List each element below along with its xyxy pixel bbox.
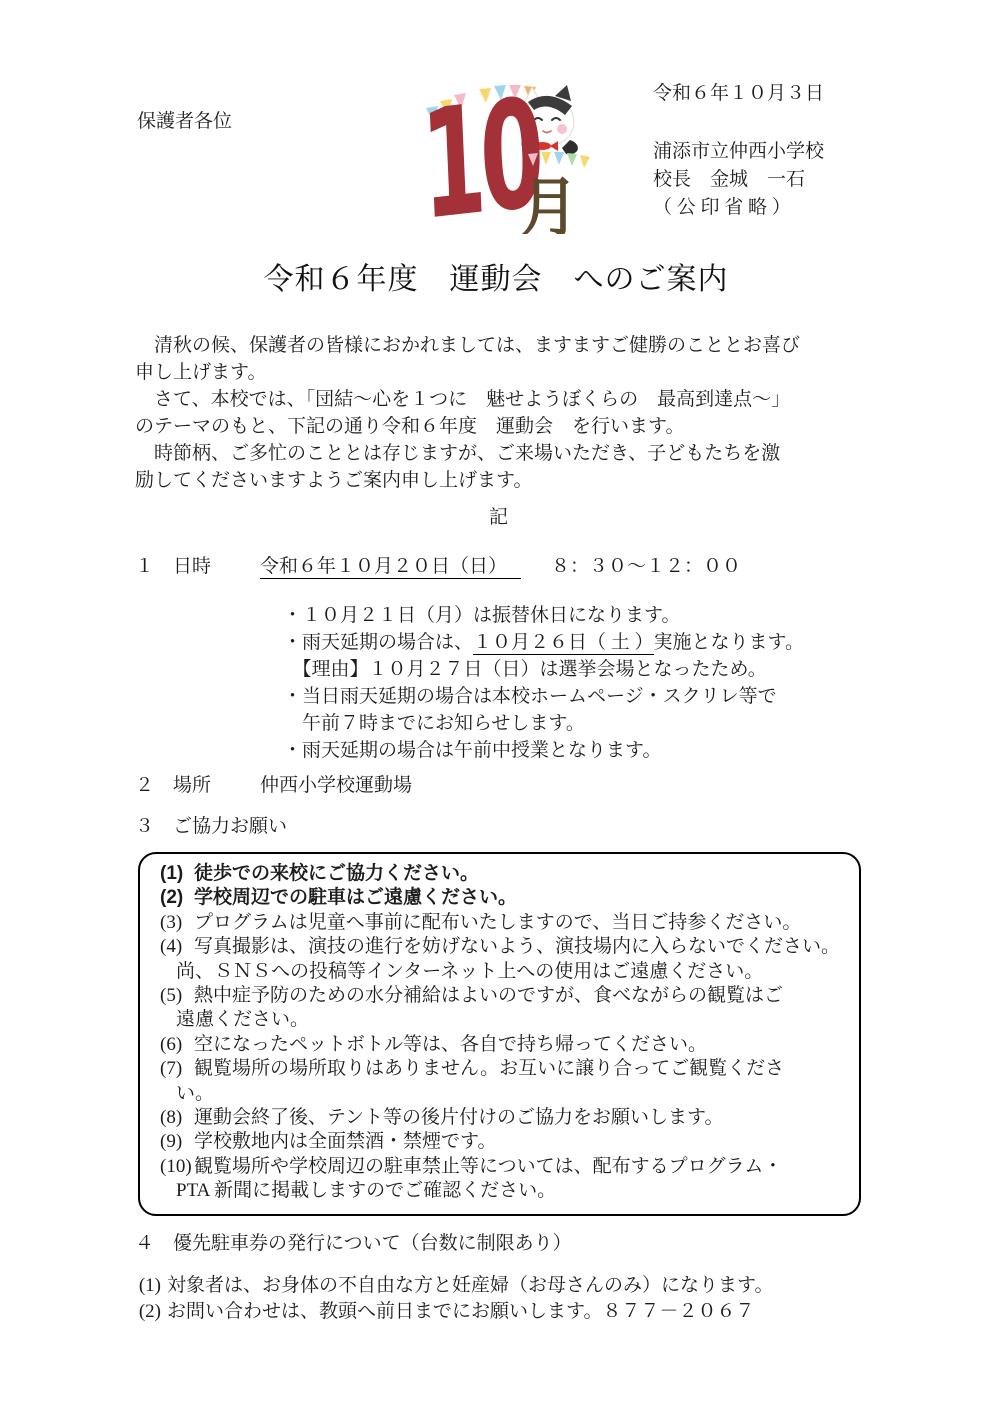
box-item: (3)プログラムは児童へ事前に配布いたしますので、当日ご持参ください。 (140, 911, 855, 935)
event-date-underlined: 令和６年１０月２０日（日） (260, 556, 521, 579)
section-2-heading: ２ 場所 (135, 775, 211, 796)
document-title: 令和６年度 運動会 へのご案内 (0, 254, 992, 298)
item-text: 熱中症予防のための水分補給はよいのですが、食べながらの観覧はご (194, 984, 783, 1008)
box-item: (8)運動会終了後、テント等の後片付けのご協力をお願いします。 (140, 1106, 855, 1130)
item-text: 写真撮影は、演技の進行を妨げないよう、演技場内に入らないでください。 (194, 935, 840, 959)
principal-name: 校長 金城 一石 (653, 166, 824, 194)
intro-line: 時節柄、ご多忙のこととは存じますが、ご来場いただき、子どもたちを激 (135, 440, 862, 467)
box-item: (7)観覧場所の場所取りはありません。お互いに譲り合ってご観覧くださ (140, 1057, 855, 1081)
month-kanji: 月 (520, 170, 578, 234)
note-line: ・当日雨天延期の場合は本校ホームページ・スクリレ等で (283, 683, 862, 710)
item-number: (5) (160, 984, 194, 1008)
item-text: 徒歩での来校にご協力ください。 (194, 862, 479, 886)
intro-line: さて、本校では、「団結〜心を１つに 魅せようぼくらの 最高到達点〜」 (135, 386, 862, 413)
box-item: (10)観覧場所や学校周辺の駐車禁止等については、配布するプログラム・ (140, 1155, 855, 1179)
section-4-heading: ４ 優先駐車券の発行について（台数に制限あり） (135, 1230, 862, 1257)
note-line: ・１０月２１日（月）は振替休日になります。 (283, 602, 862, 629)
event-time: ８：３０〜１２：００ (551, 556, 741, 577)
box-item: (9)学校敷地内は全面禁酒・禁煙です。 (140, 1130, 855, 1154)
item-text: 観覧場所や学校周辺の駐車禁止等については、配布するプログラム・ (194, 1155, 782, 1179)
box-item-continuation: い。 (140, 1082, 855, 1106)
seal-omitted-note: （ 公 印 省 略 ） (653, 194, 824, 222)
box-item: (1)徒歩での来校にご協力ください。 (140, 862, 855, 886)
intro-line: 申し上げます。 (135, 359, 862, 386)
cooperation-notes-box: (1)徒歩での来校にご協力ください。 (2)学校周辺での駐車はご遠慮ください。 … (138, 852, 861, 1216)
item-text: い。 (176, 1082, 214, 1106)
item-number: (10) (160, 1155, 194, 1179)
note-line: 午前７時までにお知らせします。 (283, 710, 862, 737)
item-text: 空になったペットボトル等は、各自で持ち帰ってください。 (194, 1033, 707, 1057)
addressee: 保護者各位 (137, 106, 232, 133)
item-text: 運動会終了後、テント等の後片付けのご協力をお願いします。 (194, 1106, 724, 1130)
note-segment: ・雨天延期の場合は、 (283, 632, 473, 653)
item-number: (8) (160, 1106, 194, 1130)
note-segment: 実施となります。 (654, 632, 804, 653)
item-text: 対象者は、お身体の不自由な方と妊産婦（お母さんのみ）になります。 (167, 1273, 773, 1299)
date-notes: ・１０月２１日（月）は振替休日になります。 ・雨天延期の場合は、１０月２６日（ … (283, 602, 862, 764)
box-item: (2)学校周辺での駐車はご遠慮ください。 (140, 886, 855, 910)
intro-line: 清秋の候、保護者の皆様におかれましては、ますますご健勝のこととお喜び (135, 332, 862, 359)
sender-block: 令和６年１０月３日 浦添市立仲西小学校 校長 金城 一石 （ 公 印 省 略 ） (653, 80, 824, 222)
parking-items: (1)対象者は、お身体の不自由な方と妊産婦（お母さんのみ）になります。 (2)お… (135, 1273, 862, 1325)
document-page: 保護者各位 令和６年１０月３日 浦添市立仲西小学校 校長 金城 一石 （ 公 印… (0, 0, 992, 1403)
item-number: (1) (160, 862, 194, 886)
box-item: (6)空になったペットボトル等は、各自で持ち帰ってください。 (140, 1033, 855, 1057)
intro-line: のテーマのもと、下記の通り令和６年度 運動会 を行います。 (135, 413, 862, 440)
box-item-continuation: 遠慮ください。 (140, 1008, 855, 1032)
item-number: (4) (160, 935, 194, 959)
box-item: (5)熱中症予防のための水分補給はよいのですが、食べながらの観覧はご (140, 984, 855, 1008)
issue-date: 令和６年１０月３日 (653, 80, 824, 108)
document-body: 清秋の候、保護者の皆様におかれましては、ますますご健勝のこととお喜び 申し上げま… (135, 332, 862, 1325)
note-line: ・雨天延期の場合は、１０月２６日（ 土 ）実施となります。 (283, 629, 862, 656)
item-number: (7) (160, 1057, 194, 1081)
item-number: (2) (137, 1299, 161, 1325)
box-item-continuation: PTA 新聞に掲載しますのでご確認ください。 (140, 1179, 855, 1203)
note-line: 【理由】１０月２７日（日）は選挙会場となったため。 (283, 656, 862, 683)
box-item: (4)写真撮影は、演技の進行を妨げないよう、演技場内に入らないでください。 (140, 935, 855, 959)
box-item-continuation: 尚、ＳＮＳへの投稿等インターネット上への使用はご遠慮ください。 (140, 960, 855, 984)
list-item: (2)お問い合わせは、教頭へ前日までにお願いします。８７７－２０６７ (135, 1299, 862, 1325)
list-item: (1)対象者は、お身体の不自由な方と妊産婦（お母さんのみ）になります。 (135, 1273, 862, 1299)
intro-line: 励してくださいますようご案内申し上げます。 (135, 467, 862, 494)
section-1-datetime: １ 日時令和６年１０月２０日（日）８：３０〜１２：００ (135, 553, 862, 580)
section-3-heading: ３ ご協力お願い (135, 813, 862, 840)
item-text: お問い合わせは、教頭へ前日までにお願いします。８７７－２０６７ (167, 1299, 754, 1325)
item-number: (3) (160, 911, 194, 935)
ki-marker: 記 (135, 504, 862, 531)
place-value: 仲西小学校運動場 (260, 775, 412, 796)
item-text: 観覧場所の場所取りはありません。お互いに譲り合ってご観覧くださ (194, 1057, 784, 1081)
item-text: 学校敷地内は全面禁酒・禁煙です。 (194, 1130, 496, 1154)
item-number: (1) (137, 1273, 161, 1299)
item-text: PTA 新聞に掲載しますのでご確認ください。 (176, 1179, 556, 1203)
item-number: (2) (160, 886, 194, 910)
item-text: 尚、ＳＮＳへの投稿等インターネット上への使用はご遠慮ください。 (176, 960, 763, 984)
item-text: プログラムは児童へ事前に配布いたしますので、当日ご持参ください。 (194, 911, 801, 935)
school-name: 浦添市立仲西小学校 (653, 138, 824, 166)
section-2-place: ２ 場所仲西小学校運動場 (135, 772, 862, 799)
item-text: 学校周辺での駐車はご遠慮ください。 (194, 886, 517, 910)
note-line: ・雨天延期の場合は午前中授業となります。 (283, 737, 862, 764)
rain-date-underlined: １０月２６日（ 土 ） (473, 632, 654, 655)
item-text: 遠慮ください。 (176, 1008, 309, 1032)
item-number: (6) (160, 1033, 194, 1057)
october-illustration: 10 月 (424, 82, 592, 234)
section-1-heading: １ 日時 (135, 556, 211, 577)
item-number: (9) (160, 1130, 194, 1154)
